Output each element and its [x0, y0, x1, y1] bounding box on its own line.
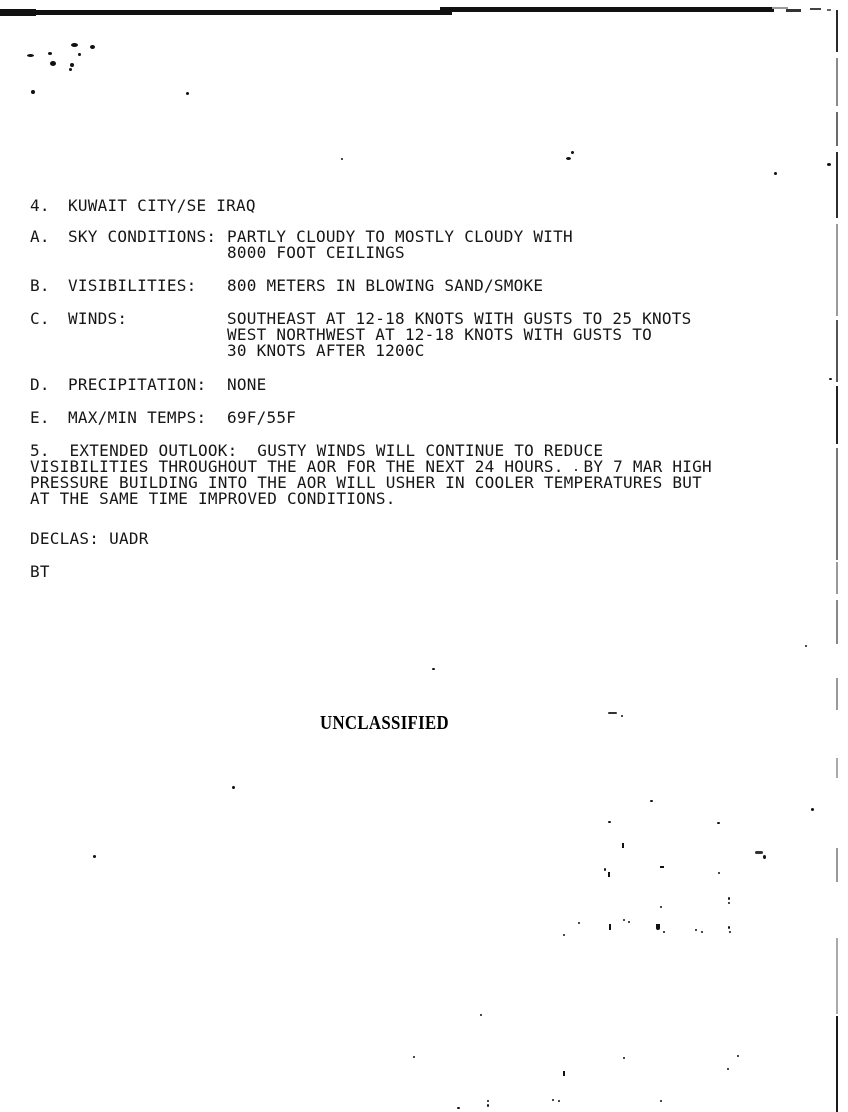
itemC-label: WINDS: — [68, 311, 127, 327]
itemB-value-line: 800 METERS IN BLOWING SAND/SMOKE — [227, 278, 543, 294]
itemA-letter: A. — [30, 229, 50, 245]
item4-location: KUWAIT CITY/SE IRAQ — [68, 198, 256, 214]
scan-speck — [718, 872, 720, 874]
scan-speck — [608, 821, 611, 823]
scan-edge-line — [836, 848, 838, 882]
classification-stamp: UNCLASSIFIED — [320, 713, 449, 735]
scan-speck — [571, 151, 574, 154]
scan-speck — [608, 872, 610, 877]
scan-edge-line — [836, 938, 838, 1014]
scan-speck — [728, 902, 730, 904]
scan-speck — [623, 1057, 625, 1059]
scan-speck — [186, 92, 189, 95]
scan-speck — [827, 163, 831, 166]
scan-speck — [563, 934, 565, 936]
scan-top-bar-dash — [786, 9, 801, 12]
scan-speck — [552, 1099, 554, 1101]
scan-speck — [50, 61, 56, 66]
outlook-line: AT THE SAME TIME IMPROVED CONDITIONS. — [30, 491, 396, 507]
scan-speck — [48, 52, 52, 55]
scan-speck — [728, 926, 730, 929]
scan-speck — [805, 645, 807, 647]
itemD-letter: D. — [30, 377, 50, 393]
scan-speck — [650, 800, 653, 802]
scanned-document-page: 4. KUWAIT CITY/SE IRAQ A. SKY CONDITIONS… — [0, 0, 848, 1112]
scan-edge-line — [836, 58, 838, 106]
scan-edge-line — [836, 320, 838, 382]
itemB-letter: B. — [30, 278, 50, 294]
itemD-value-line: NONE — [227, 377, 267, 393]
scan-edge-line — [836, 1016, 838, 1112]
scan-speck — [774, 172, 777, 175]
scan-speck — [660, 866, 664, 868]
scan-speck — [717, 822, 720, 824]
scan-edge-line — [836, 224, 838, 316]
item4-number: 4. — [30, 198, 50, 214]
scan-speck — [93, 855, 96, 858]
scan-speck — [755, 851, 763, 854]
scan-top-bar — [0, 10, 452, 15]
scan-top-bar — [440, 7, 774, 12]
scan-top-bar-dash — [810, 8, 821, 10]
scan-edge-line — [836, 152, 838, 218]
scan-edge-line — [836, 758, 838, 778]
scan-speck — [69, 68, 72, 71]
scan-edge-line — [836, 386, 838, 444]
scan-speck — [604, 868, 606, 871]
scan-speck — [829, 378, 832, 380]
scan-edge-line — [836, 448, 838, 560]
scan-speck — [487, 1100, 489, 1102]
scan-speck — [628, 921, 630, 923]
scan-speck — [660, 906, 662, 908]
scan-speck — [737, 1055, 739, 1057]
itemC-letter: C. — [30, 311, 50, 327]
scan-speck — [563, 1071, 565, 1076]
scan-speck — [763, 855, 766, 859]
scan-speck — [341, 158, 343, 160]
declas-line: DECLAS: UADR — [30, 531, 149, 547]
scan-speck — [558, 1100, 560, 1102]
scan-speck — [621, 715, 623, 717]
scan-speck — [622, 843, 624, 848]
scan-speck — [31, 90, 35, 94]
scan-speck — [623, 919, 625, 921]
scan-speck — [663, 931, 665, 933]
scan-speck — [729, 931, 731, 933]
itemE-letter: E. — [30, 410, 50, 426]
scan-speck — [413, 1056, 415, 1058]
scan-speck — [71, 43, 78, 47]
itemC-value-line: 30 KNOTS AFTER 1200C — [227, 343, 425, 359]
scan-speck — [457, 1107, 460, 1109]
itemE-label: MAX/MIN TEMPS: — [68, 410, 206, 426]
scan-speck — [608, 712, 617, 714]
scan-speck — [232, 786, 235, 789]
itemE-value-line: 69F/55F — [227, 410, 296, 426]
scan-speck — [432, 668, 435, 670]
scan-edge-line — [836, 112, 838, 146]
itemD-label: PRECIPITATION: — [68, 377, 206, 393]
scan-speck — [566, 157, 571, 160]
scan-speck — [656, 924, 660, 930]
scan-speck — [695, 929, 697, 931]
itemA-value-line: 8000 FOOT CEILINGS — [227, 245, 405, 261]
scan-speck — [701, 931, 703, 933]
scan-edge-line — [836, 10, 838, 52]
scan-speck — [578, 922, 580, 924]
itemA-label: SKY CONDITIONS: — [68, 229, 216, 245]
scan-speck — [660, 1100, 662, 1102]
scan-speck — [78, 53, 81, 56]
scan-speck — [27, 54, 34, 57]
scan-top-bar-dash — [827, 9, 831, 11]
scan-edge-line — [836, 678, 838, 710]
scan-edge-line — [836, 600, 838, 644]
scan-speck — [811, 808, 814, 811]
scan-speck — [727, 1068, 729, 1070]
scan-speck — [609, 924, 611, 930]
scan-speck — [487, 1104, 489, 1107]
itemB-label: VISIBILITIES: — [68, 278, 196, 294]
scan-edge-line — [836, 562, 838, 594]
scan-speck — [70, 63, 74, 67]
scan-speck — [90, 45, 95, 49]
message-terminator: BT — [30, 564, 50, 580]
scan-speck — [728, 897, 730, 900]
scan-speck — [480, 1014, 482, 1016]
